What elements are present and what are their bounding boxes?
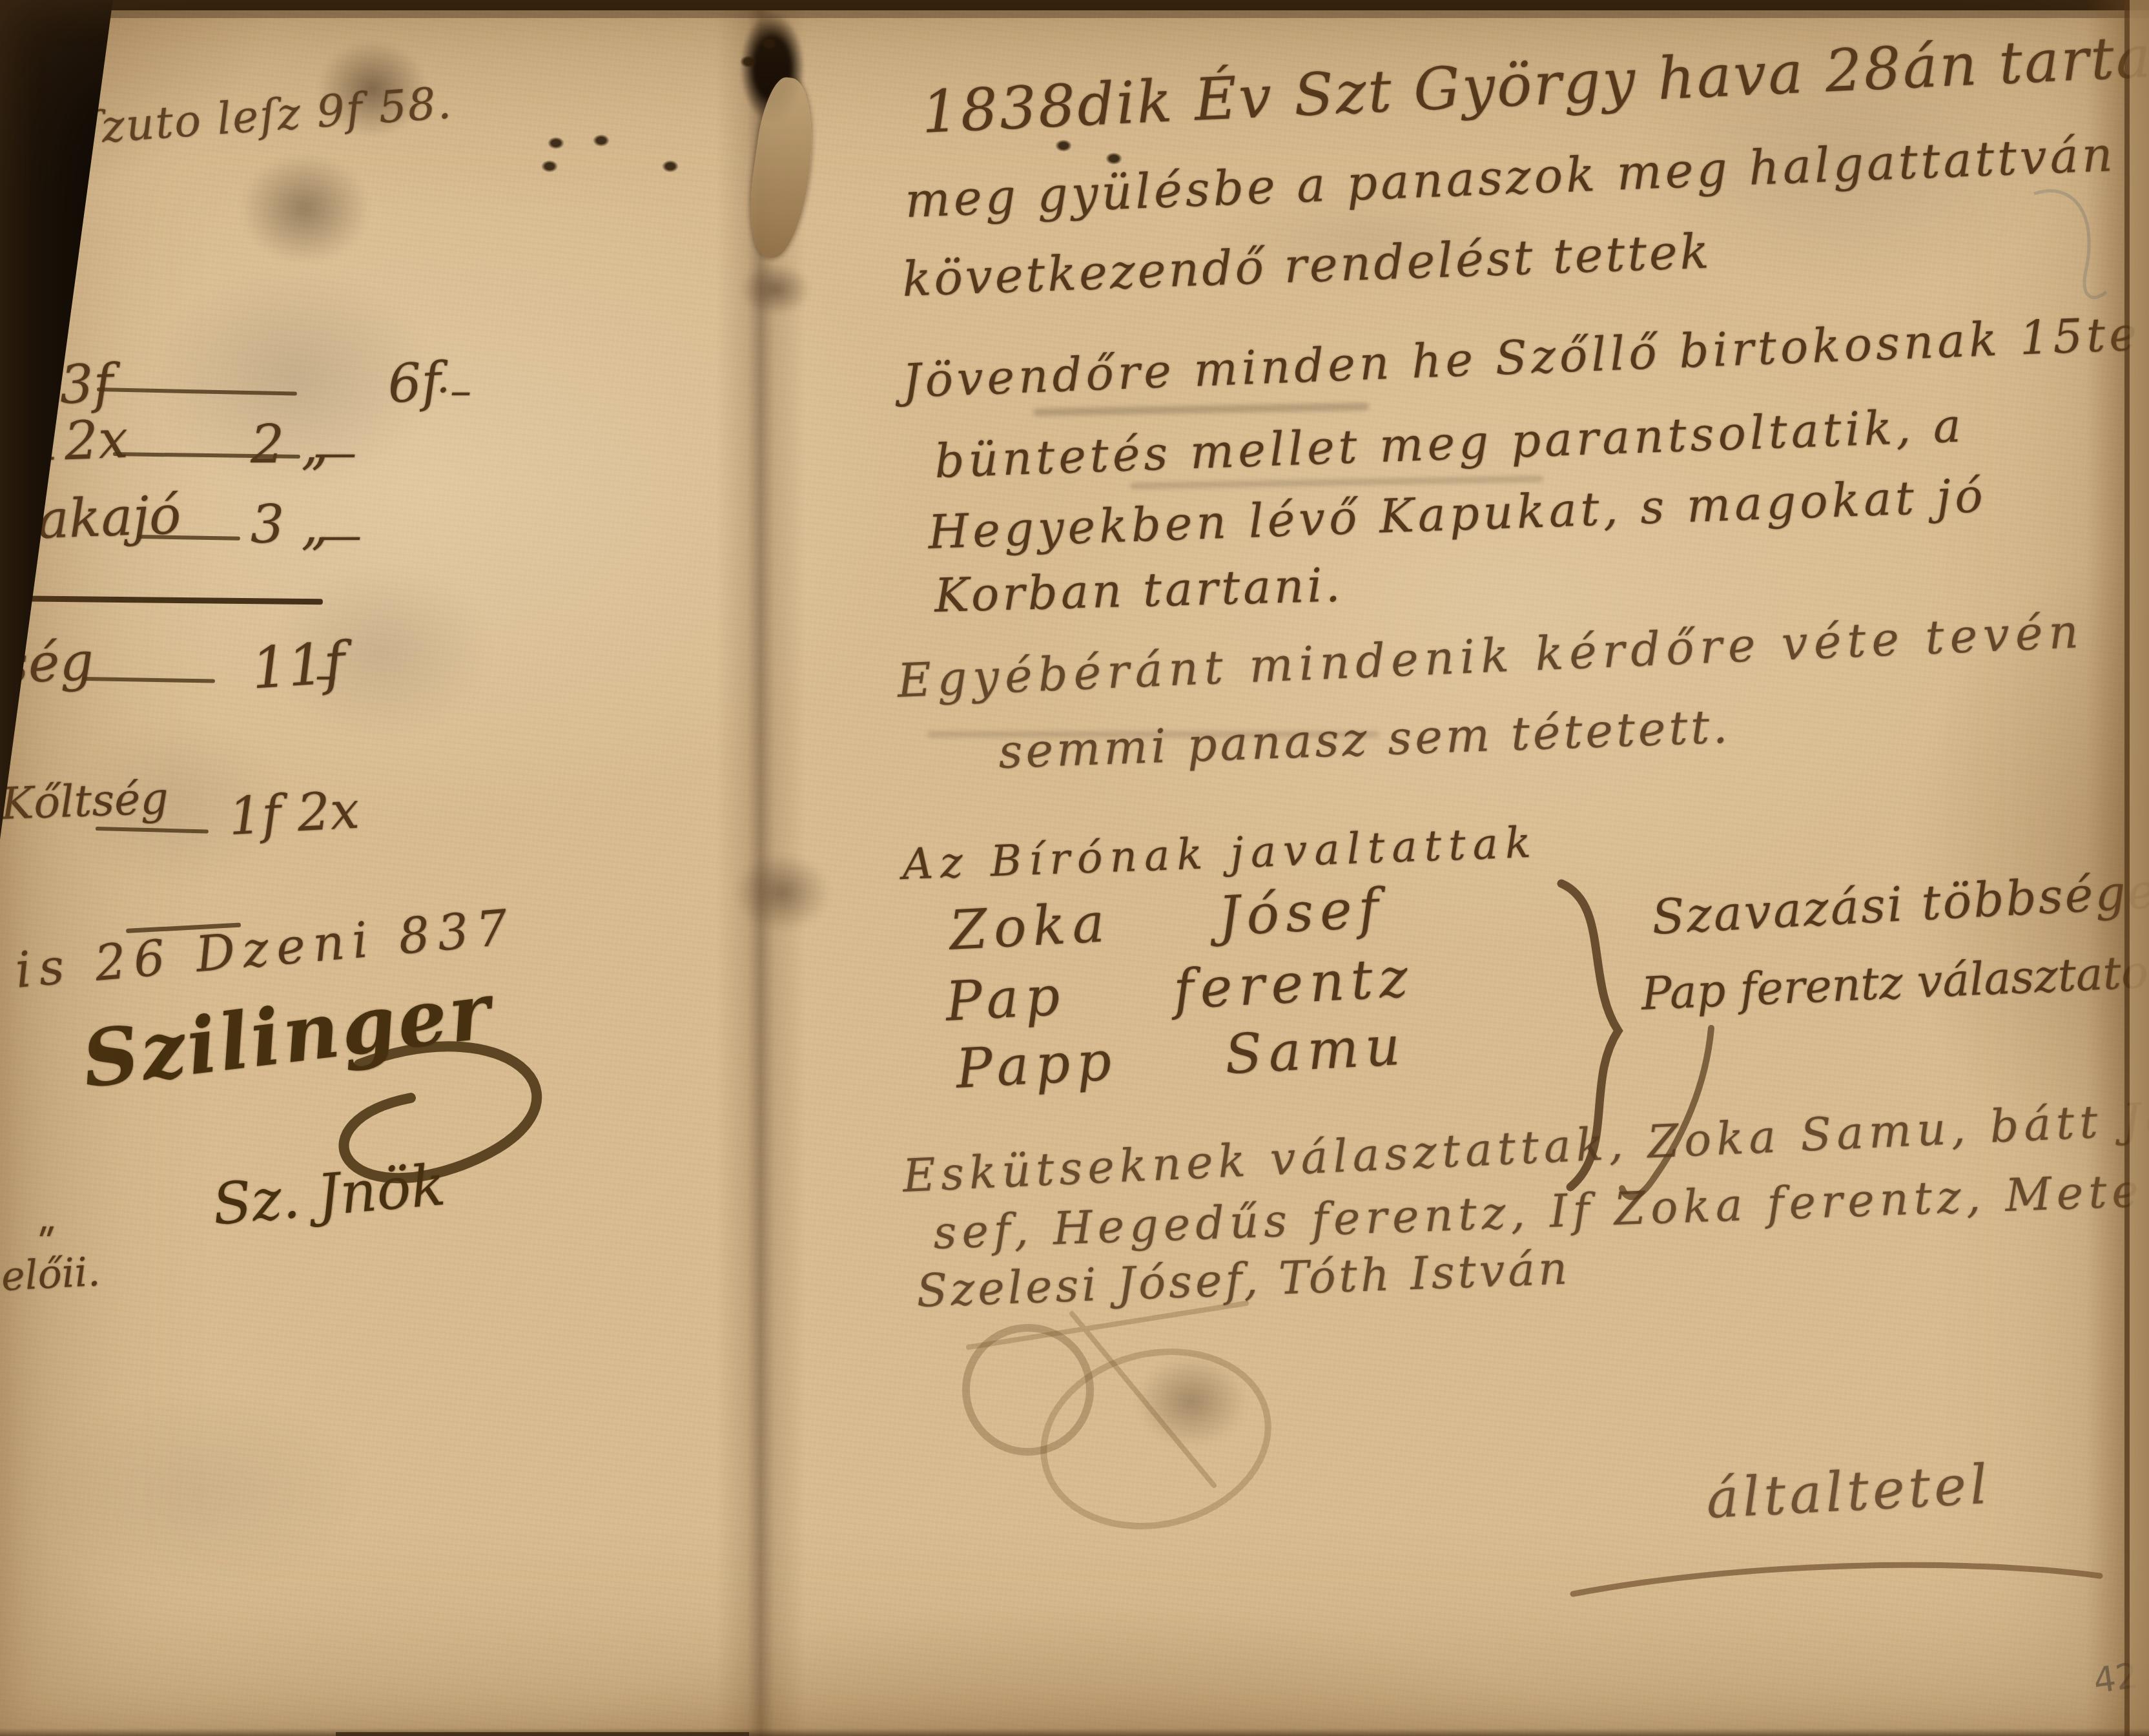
ledger-row-2-tail: —	[314, 428, 356, 477]
worm-hole	[593, 134, 610, 147]
worm-hole	[662, 160, 679, 172]
worm-hole	[1105, 152, 1122, 165]
resolution-line-4: Korban tartani.	[934, 557, 1344, 623]
ledger-row-5-label: Kőltség	[0, 773, 169, 830]
worm-hole	[548, 137, 564, 149]
worm-hole	[1055, 139, 1072, 152]
gutter-shadow	[715, 0, 806, 1736]
scan-edge-bottom	[0, 1728, 2149, 1736]
scan-edge-bottom-dark	[336, 1732, 749, 1736]
worm-hole	[761, 37, 777, 50]
ledger-row-3-amount: 3 „	[251, 495, 329, 556]
worm-hole	[541, 160, 558, 172]
next-page-sliver	[2130, 0, 2149, 1736]
ledger-row-5-amount: 1f 2x	[227, 780, 361, 846]
ledger-row-3-tail: —	[319, 510, 362, 560]
manuscript-scan: lai ſzuto leſz 9f 58. + 2 a 3f 6f ·– 12x…	[0, 0, 2149, 1736]
ledger-row-4-tail: –	[315, 650, 336, 699]
ledger-row-1-tail: ·–	[437, 366, 471, 415]
worm-hole	[740, 56, 757, 68]
scan-edge-top	[0, 0, 2149, 10]
ledger-row-1-amount: 6f	[386, 351, 442, 415]
scan-edge-top-shadow	[0, 10, 2149, 18]
page-edge-line	[2124, 0, 2130, 1736]
bottom-fragment: előii.	[0, 1248, 101, 1300]
